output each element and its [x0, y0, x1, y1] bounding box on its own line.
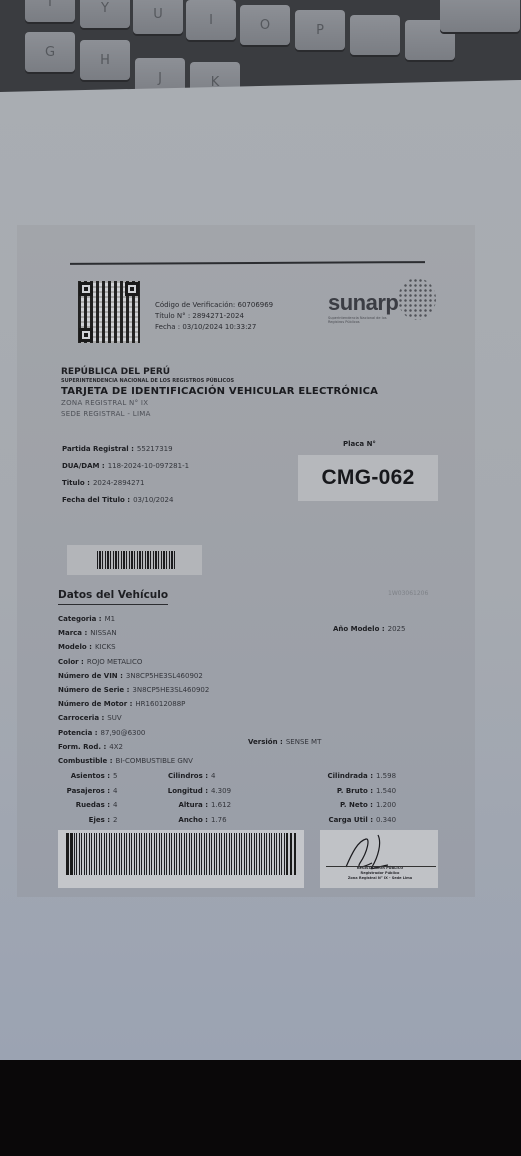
- sunarp-logo: sunarp Superintendencia Nacional de los …: [328, 290, 398, 324]
- qr-finder: [125, 282, 139, 296]
- key-backspace: [440, 0, 520, 32]
- registrar-signature-caption: REGISTRADOR PÚBLICO Registrador Público …: [326, 866, 434, 881]
- document-heading: REPÚBLICA DEL PERÚ SUPERINTENDENCIA NACI…: [61, 367, 378, 420]
- document-title: TARJETA DE IDENTIFICACIÓN VEHICULAR ELEC…: [61, 385, 378, 398]
- vehicle-field-row: Potencia :87,90@6300: [58, 726, 209, 740]
- key-o: O: [240, 5, 290, 45]
- specs-column-3: Cilindrada :1.598P. Bruto :1.540P. Neto …: [295, 769, 405, 827]
- plate-number: CMG-062: [321, 466, 414, 490]
- vehicle-data-title: Datos del Vehículo: [58, 589, 168, 601]
- specs-column-1: Asientos :5Pasajeros :4Ruedas :4Ejes :2: [55, 769, 125, 827]
- plate-box: CMG-062: [298, 455, 438, 501]
- registry-seat: SEDE REGISTRAL - LIMA: [61, 409, 378, 420]
- spec-row: Carga Util :0.340: [295, 813, 405, 828]
- sunarp-rays-icon: [398, 278, 436, 320]
- spec-row: Ejes :2: [55, 813, 125, 828]
- dua-dam: DUA/DAM :118-2024-10-097281-1: [62, 458, 189, 475]
- qr-finder: [79, 328, 93, 342]
- verification-code: Código de Verificación: 60706969: [155, 300, 273, 311]
- vehicle-fields: Categoria :M1Marca :NISSANModelo :KICKSC…: [58, 612, 209, 768]
- key-h: H: [80, 40, 130, 80]
- vehicle-field-row: Modelo :KICKS: [58, 640, 209, 654]
- qr-code: [78, 281, 140, 343]
- vehicle-field-row: Carroceria :SUV: [58, 711, 209, 725]
- qr-finder: [79, 282, 93, 296]
- vehicle-field-row: Marca :NISSAN: [58, 626, 209, 640]
- key-i: I: [186, 0, 236, 40]
- spec-row: Ruedas :4: [55, 798, 125, 813]
- key-t: T: [25, 0, 75, 22]
- vehicle-field-row: Categoria :M1: [58, 612, 209, 626]
- spec-row: Altura :1.612: [150, 798, 260, 813]
- version: Versión :SENSE MT: [248, 738, 321, 746]
- plate-label: Placa N°: [343, 440, 376, 448]
- key-bracket: [350, 15, 400, 55]
- vehicle-field-row: Número de VIN :3N8CP5HE3SL460902: [58, 669, 209, 683]
- titulo-number: Título N° : 2894271-2024: [155, 311, 273, 322]
- barcode-guard: [286, 833, 296, 875]
- barcode: [97, 551, 176, 569]
- key-u: U: [133, 0, 183, 34]
- vehicle-field-row: Combustible :BI-COMBUSTIBLE GNV: [58, 754, 209, 768]
- partida-registral: Partida Registral :55217319: [62, 441, 189, 458]
- section-code: 1W03061206: [388, 590, 428, 597]
- spec-row: Longitud :4.309: [150, 784, 260, 799]
- spec-row: Cilindrada :1.598: [295, 769, 405, 784]
- spec-row: P. Bruto :1.540: [295, 784, 405, 799]
- spec-row: Pasajeros :4: [55, 784, 125, 799]
- spec-row: Ancho :1.76: [150, 813, 260, 828]
- verification-info: Código de Verificación: 60706969 Título …: [155, 300, 273, 333]
- section-underline: [58, 604, 168, 605]
- vehicle-field-row: Form. Rod. :4X2: [58, 740, 209, 754]
- country-title: REPÚBLICA DEL PERÚ: [61, 367, 378, 378]
- sunarp-wordmark: sunarp: [328, 290, 398, 316]
- vehicle-field-row: Número de Motor :HR16012088P: [58, 697, 209, 711]
- dark-desk-surface: [0, 1060, 521, 1156]
- fecha-titulo: Fecha del Titulo :03/10/2024: [62, 492, 189, 509]
- barcode-guard: [66, 833, 74, 875]
- key-p: P: [295, 10, 345, 50]
- key-y: Y: [80, 0, 130, 28]
- spec-row: Cilindros :4: [150, 769, 260, 784]
- vehicle-field-row: Número de Serie :3N8CP5HE3SL460902: [58, 683, 209, 697]
- titulo: Titulo :2024-2894271: [62, 475, 189, 492]
- model-year: Año Modelo :2025: [333, 625, 405, 633]
- pdf417-barcode: [66, 833, 296, 875]
- key-g: G: [25, 32, 75, 72]
- specs-column-2: Cilindros :4Longitud :4.309Altura :1.612…: [150, 769, 260, 827]
- agency-title: SUPERINTENDENCIA NACIONAL DE LOS REGISTR…: [61, 378, 378, 385]
- spec-row: P. Neto :1.200: [295, 798, 405, 813]
- vehicle-field-row: Color :ROJO METALICO: [58, 655, 209, 669]
- registry-zone: ZONA REGISTRAL N° IX: [61, 398, 378, 409]
- spec-row: Asientos :5: [55, 769, 125, 784]
- registration-info: Partida Registral :55217319 DUA/DAM :118…: [62, 441, 189, 509]
- sunarp-subtext: Superintendencia Nacional de los Registr…: [328, 316, 388, 324]
- issue-datetime: Fecha : 03/10/2024 10:33:27: [155, 322, 273, 333]
